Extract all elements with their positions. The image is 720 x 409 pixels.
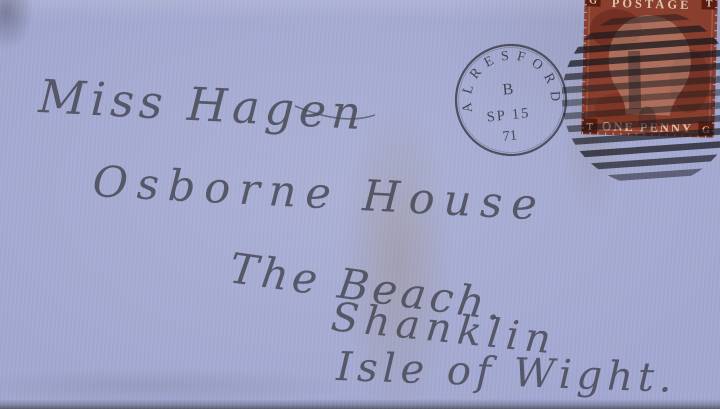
address-block: Miss Hagen Osborne House The Beach. Shan… [36, 69, 677, 402]
cancel-numeral-smudge [628, 51, 641, 109]
address-line-recipient: Miss Hagen [36, 69, 367, 140]
circular-datestamp: ALRESFORD B SP 15 71 [451, 40, 572, 161]
address-line-county: Isle of Wight. [335, 344, 678, 402]
envelope-artwork: Miss Hagen Osborne House The Beach. Shan… [0, 0, 720, 409]
stamp-corner-letter-tr: T [706, 0, 713, 10]
datestamp-date: SP 15 [486, 105, 531, 125]
envelope-photo: Miss Hagen Osborne House The Beach. Shan… [0, 0, 720, 409]
stamp-postage-label: POSTAGE [611, 0, 691, 12]
stamp-corner-letter-tl: G [589, 0, 597, 7]
address-line-house: Osborne House [91, 157, 547, 231]
datestamp-year: 71 [502, 128, 518, 145]
datestamp-index-letter: B [502, 81, 514, 99]
datestamp-town-label: ALRESFORD [455, 44, 563, 115]
